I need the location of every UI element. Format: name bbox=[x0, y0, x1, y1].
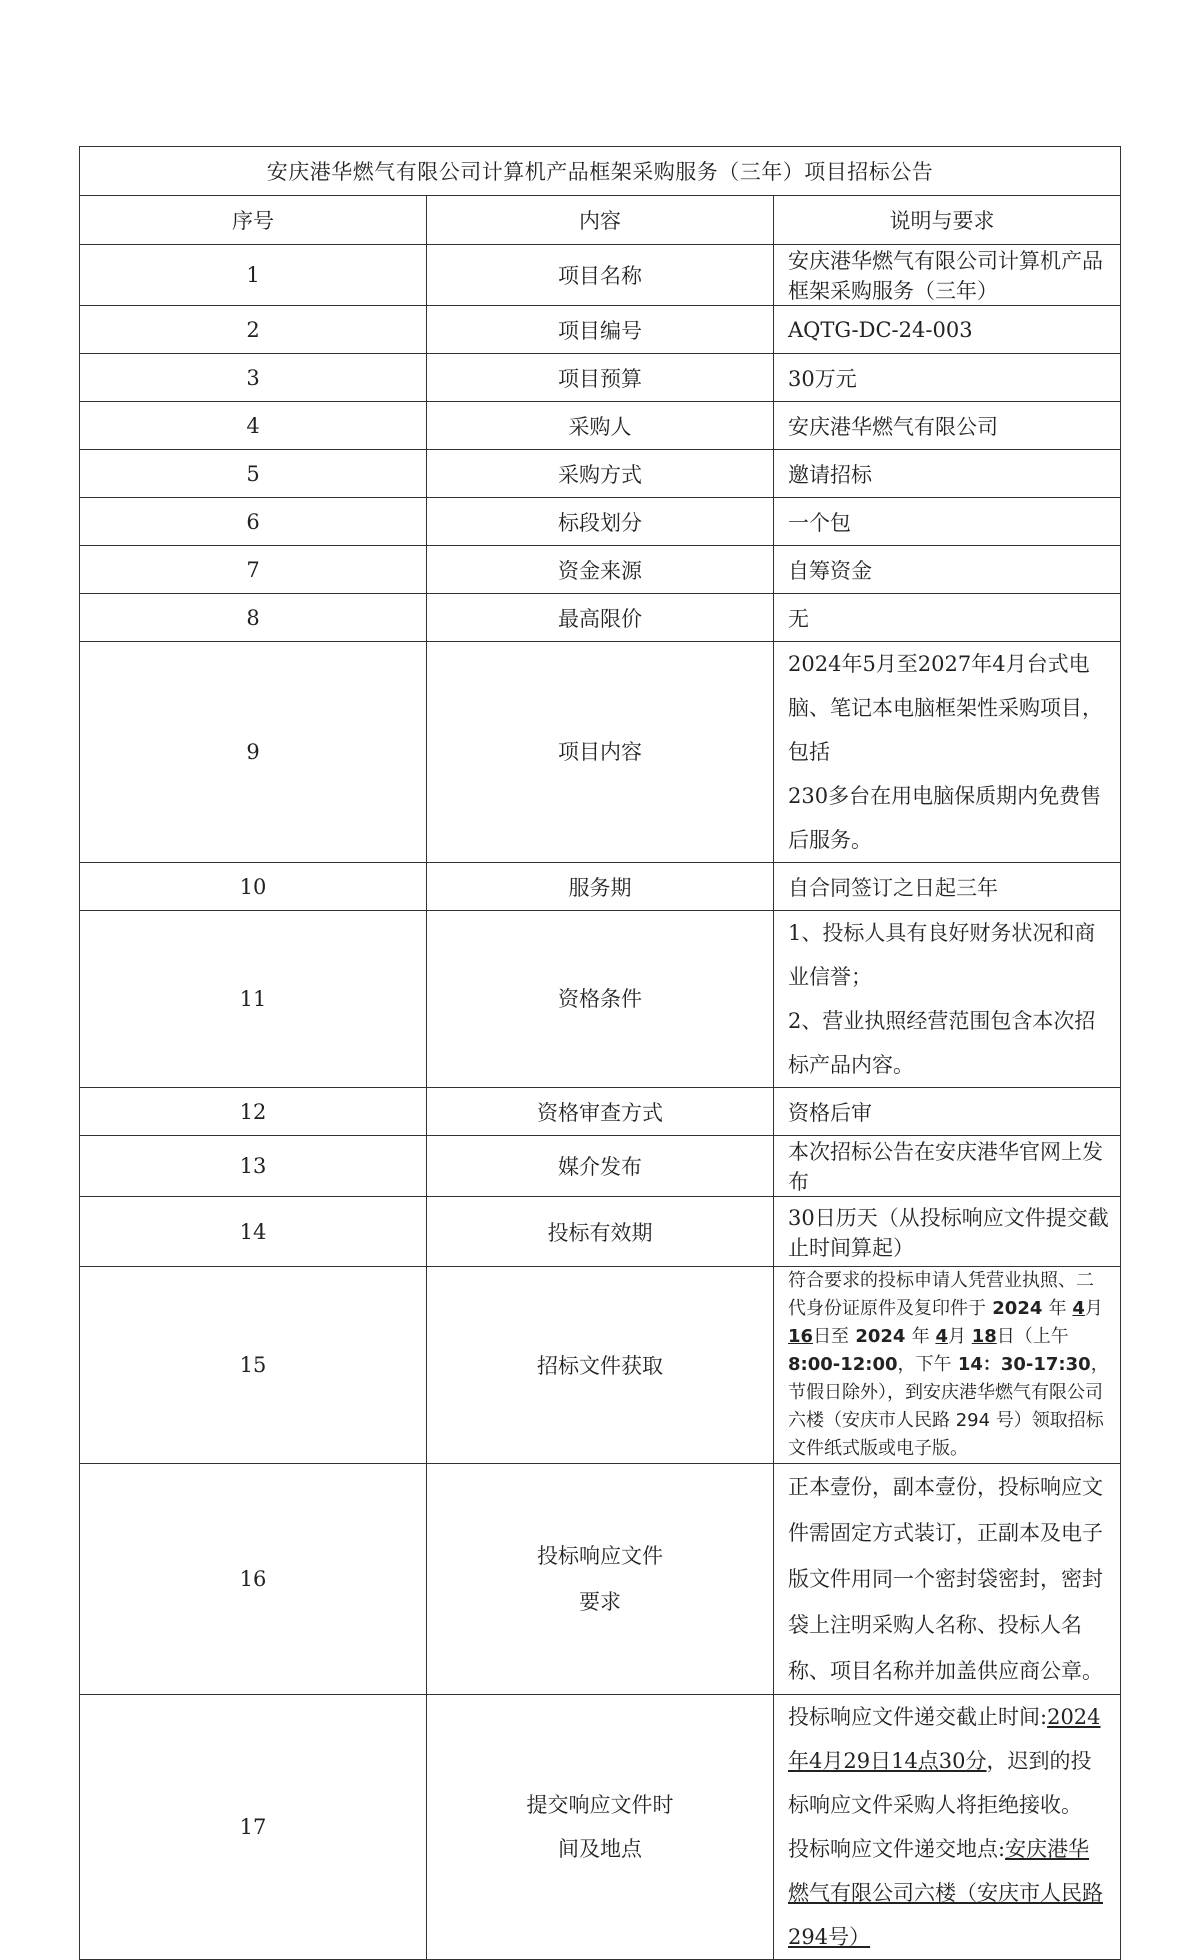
table-title: 安庆港华燃气有限公司计算机产品框架采购服务（三年）项目招标公告 bbox=[80, 147, 1121, 196]
table-row: 11 资格条件 1、投标人具有良好财务状况和商业信誉； 2、营业执照经营范围包含… bbox=[80, 911, 1121, 1088]
desc-text: 日（上午 bbox=[997, 1326, 1069, 1347]
desc-text: ，下午 bbox=[898, 1354, 952, 1375]
row-no: 10 bbox=[80, 863, 427, 911]
row-no: 5 bbox=[80, 450, 427, 498]
row-no: 2 bbox=[80, 306, 427, 354]
row-item: 项目预算 bbox=[427, 354, 774, 402]
row-desc: 资格后审 bbox=[774, 1088, 1121, 1136]
table-row: 15 招标文件获取 符合要求的投标申请人凭营业执照、二代身份证原件及复印件于 2… bbox=[80, 1267, 1121, 1464]
row-desc: 本次招标公告在安庆港华官网上发布 bbox=[774, 1136, 1121, 1197]
row-desc: 30日历天（从投标响应文件提交截止时间算起） bbox=[774, 1197, 1121, 1267]
pm-hours: 14：30-17:30 bbox=[952, 1354, 1091, 1375]
row-item: 资格审查方式 bbox=[427, 1088, 774, 1136]
row-desc: 符合要求的投标申请人凭营业执照、二代身份证原件及复印件于 2024 年 4月 1… bbox=[774, 1267, 1121, 1464]
table-row: 3 项目预算 30万元 bbox=[80, 354, 1121, 402]
row-desc: 30万元 bbox=[774, 354, 1121, 402]
row-desc: 无 bbox=[774, 594, 1121, 642]
document-page: 安庆港华燃气有限公司计算机产品框架采购服务（三年）项目招标公告 序号 内容 说明… bbox=[79, 146, 1121, 1960]
header-row: 序号 内容 说明与要求 bbox=[80, 196, 1121, 245]
row-no: 14 bbox=[80, 1197, 427, 1267]
year: 2024 bbox=[849, 1326, 912, 1347]
row-desc: 投标响应文件递交截止时间:2024年4月29日14点30分，迟到的投标响应文件采… bbox=[774, 1695, 1121, 1960]
desc-line: 2024年5月至2027年4月台式电脑、笔记本电脑框架性采购项目，包括 bbox=[788, 642, 1110, 774]
table-row: 17 提交响应文件时 间及地点 投标响应文件递交截止时间:2024年4月29日1… bbox=[80, 1695, 1121, 1960]
row-item: 投标响应文件 要求 bbox=[427, 1464, 774, 1695]
row-desc: 1、投标人具有良好财务状况和商业信誉； 2、营业执照经营范围包含本次招标产品内容… bbox=[774, 911, 1121, 1088]
table-row: 16 投标响应文件 要求 正本壹份，副本壹份，投标响应文件需固定方式装订，正副本… bbox=[80, 1464, 1121, 1695]
month-label: 月 bbox=[948, 1326, 966, 1347]
desc-text: 日至 bbox=[813, 1326, 849, 1347]
table-row: 10 服务期 自合同签订之日起三年 bbox=[80, 863, 1121, 911]
row-item: 服务期 bbox=[427, 863, 774, 911]
row-no: 4 bbox=[80, 402, 427, 450]
row-no: 12 bbox=[80, 1088, 427, 1136]
table-row: 5 采购方式 邀请招标 bbox=[80, 450, 1121, 498]
row-desc: 安庆港华燃气有限公司 bbox=[774, 402, 1121, 450]
header-desc: 说明与要求 bbox=[774, 196, 1121, 245]
table-row: 1 项目名称 安庆港华燃气有限公司计算机产品框架采购服务（三年） bbox=[80, 245, 1121, 306]
day: 16 bbox=[788, 1326, 813, 1347]
table-row: 4 采购人 安庆港华燃气有限公司 bbox=[80, 402, 1121, 450]
row-no: 11 bbox=[80, 911, 427, 1088]
row-item: 投标有效期 bbox=[427, 1197, 774, 1267]
row-item: 项目编号 bbox=[427, 306, 774, 354]
row-item: 采购人 bbox=[427, 402, 774, 450]
row-desc: 邀请招标 bbox=[774, 450, 1121, 498]
row-item: 采购方式 bbox=[427, 450, 774, 498]
table-row: 2 项目编号 AQTG-DC-24-003 bbox=[80, 306, 1121, 354]
desc-line: 1、投标人具有良好财务状况和商业信誉； bbox=[788, 911, 1110, 999]
row-no: 6 bbox=[80, 498, 427, 546]
month: 4 bbox=[1072, 1298, 1085, 1319]
am-hours: 8:00-12:00 bbox=[788, 1354, 898, 1375]
item-line: 间及地点 bbox=[427, 1827, 773, 1871]
table-row: 9 项目内容 2024年5月至2027年4月台式电脑、笔记本电脑框架性采购项目，… bbox=[80, 642, 1121, 863]
row-item: 最高限价 bbox=[427, 594, 774, 642]
row-desc: 安庆港华燃气有限公司计算机产品框架采购服务（三年） bbox=[774, 245, 1121, 306]
table-row: 6 标段划分 一个包 bbox=[80, 498, 1121, 546]
header-no: 序号 bbox=[80, 196, 427, 245]
month: 4 bbox=[935, 1326, 948, 1347]
tender-notice-table: 安庆港华燃气有限公司计算机产品框架采购服务（三年）项目招标公告 序号 内容 说明… bbox=[79, 146, 1121, 1960]
year-label: 年 bbox=[1049, 1298, 1067, 1319]
row-no: 9 bbox=[80, 642, 427, 863]
day: 18 bbox=[972, 1326, 997, 1347]
row-no: 8 bbox=[80, 594, 427, 642]
row-no: 15 bbox=[80, 1267, 427, 1464]
row-desc: 自合同签订之日起三年 bbox=[774, 863, 1121, 911]
row-no: 7 bbox=[80, 546, 427, 594]
desc-line: 230多台在用电脑保质期内免费售后服务。 bbox=[788, 774, 1110, 862]
table-row: 14 投标有效期 30日历天（从投标响应文件提交截止时间算起） bbox=[80, 1197, 1121, 1267]
header-item: 内容 bbox=[427, 196, 774, 245]
table-row: 12 资格审查方式 资格后审 bbox=[80, 1088, 1121, 1136]
year: 2024 bbox=[986, 1298, 1049, 1319]
row-item: 提交响应文件时 间及地点 bbox=[427, 1695, 774, 1960]
row-desc: AQTG-DC-24-003 bbox=[774, 306, 1121, 354]
item-line: 提交响应文件时 bbox=[427, 1783, 773, 1827]
desc-line: 2、营业执照经营范围包含本次招标产品内容。 bbox=[788, 999, 1110, 1087]
year-label: 年 bbox=[912, 1326, 930, 1347]
month-label: 月 bbox=[1085, 1298, 1103, 1319]
row-item: 招标文件获取 bbox=[427, 1267, 774, 1464]
row-no: 17 bbox=[80, 1695, 427, 1960]
row-item: 项目名称 bbox=[427, 245, 774, 306]
row-item: 资金来源 bbox=[427, 546, 774, 594]
row-desc: 自筹资金 bbox=[774, 546, 1121, 594]
row-no: 3 bbox=[80, 354, 427, 402]
item-line: 要求 bbox=[427, 1579, 773, 1625]
row-desc: 一个包 bbox=[774, 498, 1121, 546]
row-item: 资格条件 bbox=[427, 911, 774, 1088]
row-no: 13 bbox=[80, 1136, 427, 1197]
row-item: 标段划分 bbox=[427, 498, 774, 546]
row-item: 媒介发布 bbox=[427, 1136, 774, 1197]
row-item: 项目内容 bbox=[427, 642, 774, 863]
table-row: 13 媒介发布 本次招标公告在安庆港华官网上发布 bbox=[80, 1136, 1121, 1197]
row-no: 16 bbox=[80, 1464, 427, 1695]
row-no: 1 bbox=[80, 245, 427, 306]
row-desc: 正本壹份，副本壹份，投标响应文件需固定方式装订，正副本及电子版文件用同一个密封袋… bbox=[774, 1464, 1121, 1695]
item-line: 投标响应文件 bbox=[427, 1533, 773, 1579]
row-desc: 2024年5月至2027年4月台式电脑、笔记本电脑框架性采购项目，包括 230多… bbox=[774, 642, 1121, 863]
deadline-label: 投标响应文件递交截止时间: bbox=[788, 1705, 1047, 1729]
table-row: 7 资金来源 自筹资金 bbox=[80, 546, 1121, 594]
table-row: 8 最高限价 无 bbox=[80, 594, 1121, 642]
place-label: 投标响应文件递交地点: bbox=[788, 1837, 1005, 1861]
